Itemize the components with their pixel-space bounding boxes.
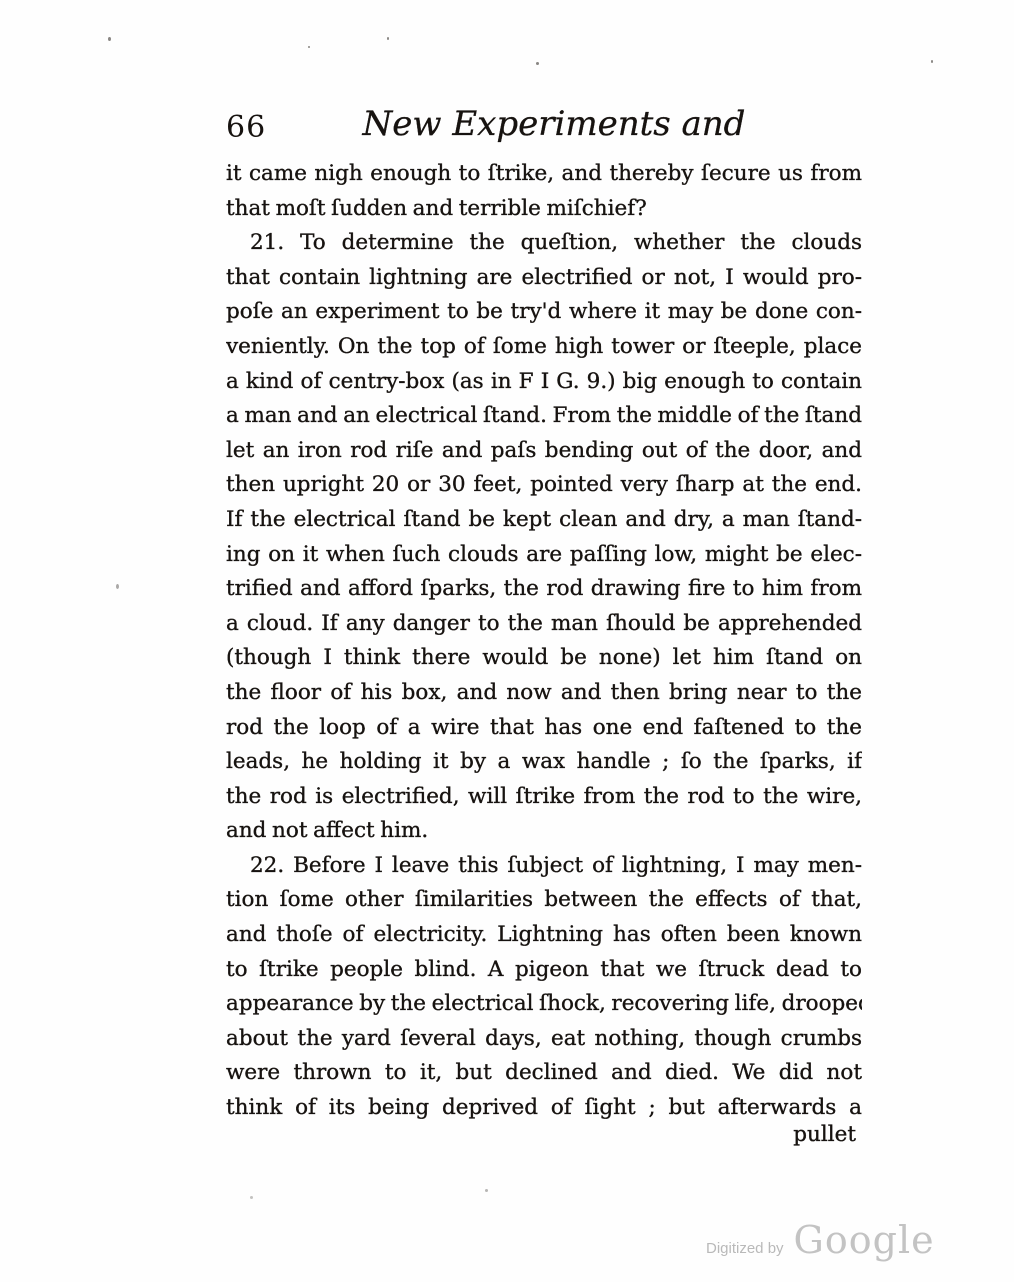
catchword: pullet — [793, 1122, 856, 1147]
paragraph-2: 21. To determine the queſtion, whether t… — [226, 226, 862, 849]
running-title: New Experiments and — [286, 104, 822, 144]
text-line: If the electrical ſtand be kept clean an… — [226, 503, 862, 538]
text-line: and not affect him. — [226, 814, 862, 849]
text-line: ing on it when ſuch clouds are paſſing l… — [226, 538, 862, 573]
text-line: trified and afford ſparks, the rod drawi… — [226, 572, 862, 607]
google-logo: Google — [794, 1218, 935, 1262]
scan-speck — [108, 37, 111, 41]
text-line: poſe an experiment to be try'd where it … — [226, 295, 862, 330]
page-header: 66 New Experiments and — [226, 104, 862, 148]
watermark-prefix-label: Digitized by — [706, 1240, 784, 1257]
digitization-watermark: Digitized by Google — [706, 1218, 935, 1262]
text-line: the rod is electrified, will ſtrike from… — [226, 780, 862, 815]
paragraph-3: 22. Before I leave this ſubject of light… — [226, 849, 862, 1126]
scan-speck — [387, 37, 389, 40]
paragraph-1: it came nigh enough to ſtrike, and there… — [226, 157, 862, 226]
text-line: were thrown to it, but declined and died… — [226, 1056, 862, 1091]
text-line: to ſtrike people blind. A pigeon that we… — [226, 953, 862, 988]
text-line: a kind of centry-box (as in F I G. 9.) b… — [226, 365, 862, 400]
text-line: leads, he holding it by a wax handle ; ſ… — [226, 745, 862, 780]
text-line: let an iron rod riſe and paſs bending ou… — [226, 434, 862, 469]
text-line: about the yard ſeveral days, eat nothing… — [226, 1022, 862, 1057]
scan-speck — [485, 1189, 488, 1192]
text-line: then upright 20 or 30 feet, pointed very… — [226, 468, 862, 503]
page-number: 66 — [226, 110, 266, 145]
text-line: (though I think there would be none) let… — [226, 641, 862, 676]
text-line: and thoſe of electricity. Lightning has … — [226, 918, 862, 953]
text-line: that contain lightning are electrified o… — [226, 261, 862, 296]
text-line: veniently. On the top of ſome high tower… — [226, 330, 862, 365]
text-line: a man and an electrical ſtand. From the … — [226, 399, 862, 434]
text-line: the floor of his box, and now and then b… — [226, 676, 862, 711]
text-line: 21. To determine the queſtion, whether t… — [226, 226, 862, 261]
scan-speck — [931, 60, 933, 63]
scanned-book-page: 66 New Experiments and it came nigh enou… — [0, 0, 1014, 1282]
text-line: 22. Before I leave this ſubject of light… — [226, 849, 862, 884]
text-line: a cloud. If any danger to the man ſhould… — [226, 607, 862, 642]
scan-speck — [116, 584, 119, 589]
text-line: rod the loop of a wire that has one end … — [226, 711, 862, 746]
text-line: it came nigh enough to ſtrike, and there… — [226, 157, 862, 192]
text-line: appearance by the electrical ſhock, reco… — [226, 987, 862, 1022]
text-line: think of its being deprived of ſight ; b… — [226, 1091, 862, 1126]
body-text: it came nigh enough to ſtrike, and there… — [226, 157, 862, 1126]
text-line: tion ſome other ſimilarities between the… — [226, 883, 862, 918]
scan-speck — [250, 1196, 253, 1199]
scan-speck — [308, 46, 310, 48]
scan-speck — [536, 62, 539, 65]
text-line: that moſt ſudden and terrible miſchief? — [226, 192, 862, 227]
